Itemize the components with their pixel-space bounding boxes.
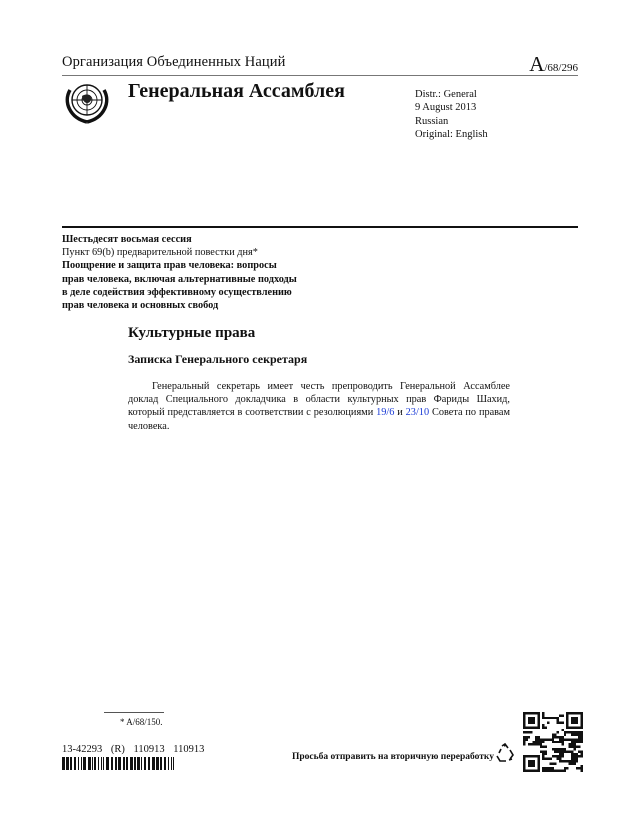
job-number: 13-42293 (R) 110913 110913 — [62, 744, 204, 755]
document-symbol: A/68/296 — [529, 52, 578, 77]
distribution-line: Distr.: General — [415, 88, 488, 101]
organization-name: Организация Объединенных Наций — [62, 54, 286, 71]
agenda-topic-line: прав человека и основных свобод — [62, 299, 297, 312]
agenda-block: Шестьдесят восьмая сессия Пункт 69(b) пр… — [62, 233, 297, 312]
body-paragraph: Генеральный секретарь имеет честь препро… — [128, 380, 510, 433]
symbol-prefix: A — [529, 52, 544, 76]
agenda-topic-line: прав человека, включая альтернативные по… — [62, 273, 297, 286]
un-emblem-icon — [62, 80, 112, 124]
agenda-item: Пункт 69(b) предварительной повестки дня… — [62, 246, 297, 259]
document-title: Культурные права — [128, 325, 255, 342]
resolution-link-23-10[interactable]: 23/10 — [406, 407, 429, 418]
recycle-icon — [494, 742, 516, 764]
session-title: Шестьдесят восьмая сессия — [62, 233, 297, 246]
symbol-number: /68/296 — [544, 62, 578, 74]
barcode-icon — [62, 757, 174, 770]
header-rule — [62, 75, 578, 76]
section-rule — [62, 226, 578, 228]
body-name: Генеральная Ассамблея — [128, 80, 345, 103]
qr-code-icon — [523, 712, 583, 772]
date-line: 9 August 2013 — [415, 101, 488, 114]
original-language-line: Original: English — [415, 128, 488, 141]
agenda-topic-line: Поощрение и защита прав человека: вопрос… — [62, 259, 297, 272]
resolution-link-19-6[interactable]: 19/6 — [376, 407, 394, 418]
footnote-rule — [104, 712, 164, 713]
agenda-topic-line: в деле содействия эффективному осуществл… — [62, 286, 297, 299]
footnote: * A/68/150. — [120, 717, 163, 727]
paragraph-text: и — [394, 407, 405, 418]
document-subtitle: Записка Генерального секретаря — [128, 352, 307, 367]
distribution-info: Distr.: General 9 August 2013 Russian Or… — [415, 88, 488, 141]
language-line: Russian — [415, 115, 488, 128]
recycle-notice: Просьба отправить на вторичную переработ… — [292, 752, 494, 762]
